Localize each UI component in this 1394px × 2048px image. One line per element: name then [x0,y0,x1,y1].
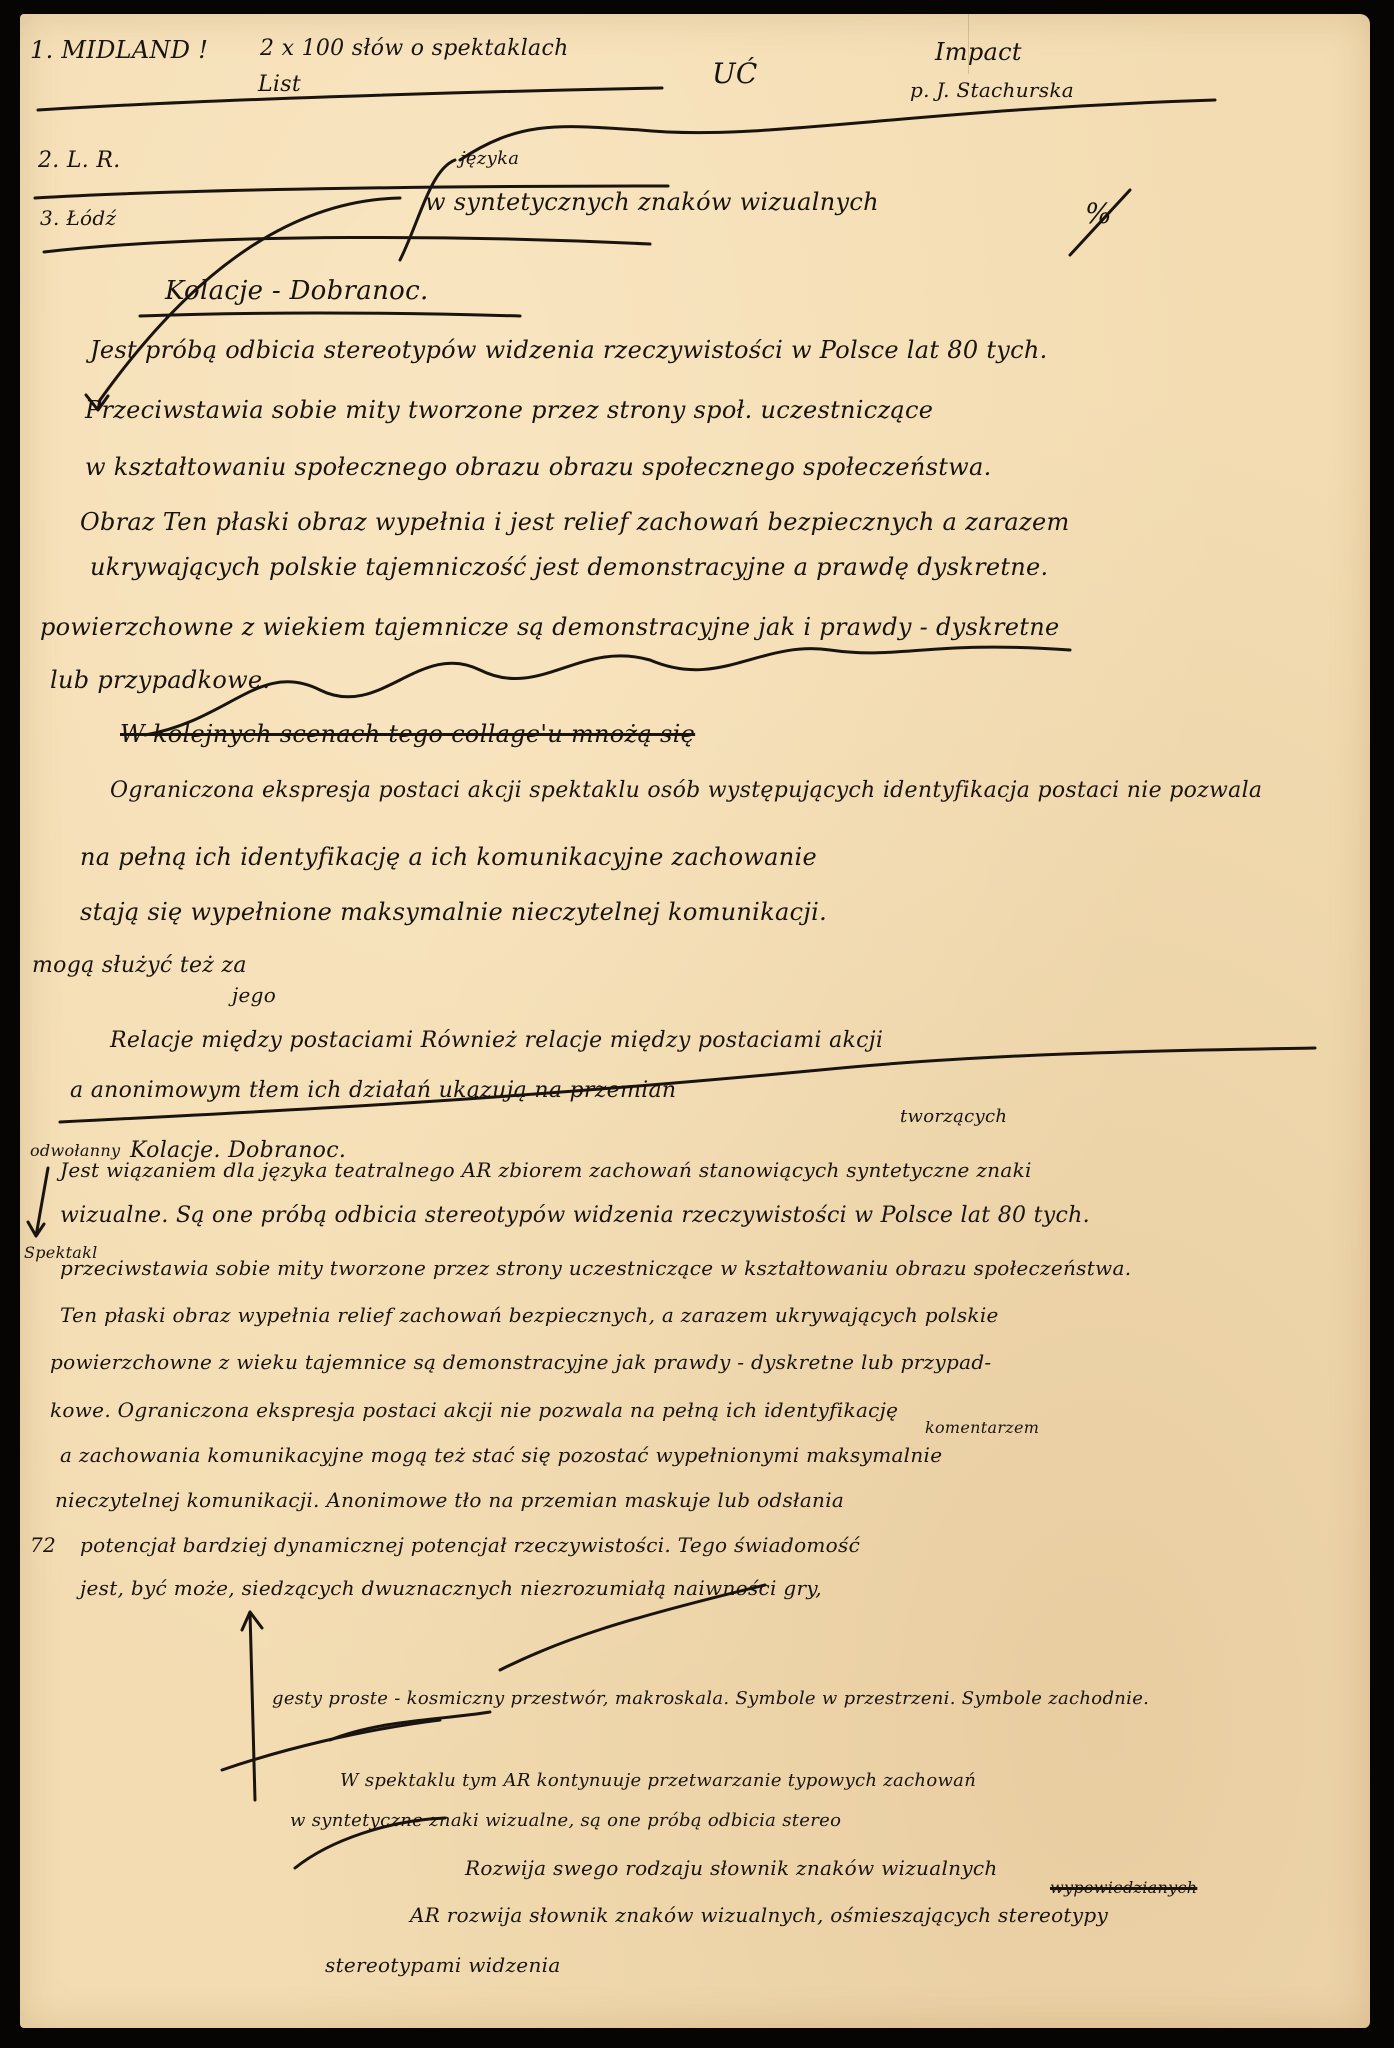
draft1-line: Ograniczona ekspresja postaci akcji spek… [110,780,1262,802]
draft2-line: potencjał bardziej dynamicznej potencjał… [80,1535,860,1555]
header-item-1-label: 1. MIDLAND ! [30,38,208,62]
draft2-line: Jest wiązaniem dla języka teatralnego AR… [60,1160,1032,1180]
header-insert-line: w syntetycznych znaków wizualnych [425,190,879,214]
header-center-mark: UĆ [712,60,758,88]
header-corner-mark: % [1085,200,1112,228]
draft1-line: Przeciwstawia sobie mity tworzone przez … [85,398,933,422]
draft2-insert-komentarzem: komentarzem [925,1420,1039,1436]
draft1-title: Kolacje - Dobranoc. [165,278,429,304]
draft2-insert-above: tworzących [900,1108,1007,1126]
draft2-line: nieczytelnej komunikacji. Anonimowe tło … [55,1490,844,1510]
notes-para3: AR rozwija słownik znaków wizualnych, oś… [410,1905,1108,1925]
draft1-line: w kształtowaniu społecznego obrazu obraz… [85,455,992,479]
draft2-margin-number: 72 [30,1535,56,1555]
draft1-line: na pełną ich identyfikację a ich komunik… [80,845,817,869]
draft1-line: stają się wypełnione maksymalnie nieczyt… [80,900,827,924]
draft1-line: jego [232,985,276,1005]
draft2-line: przeciwstawia sobie mity tworzone przez … [60,1258,1131,1278]
draft2-line: jest, być może, siedzących dwuznacznych … [80,1578,822,1598]
notes-para1-line2: w syntetyczne znaki wizualne, są one pró… [290,1812,841,1830]
draft1-line: Jest próbą odbicia stereotypów widzenia … [90,338,1048,362]
draft1-line: Obraz Ten płaski obraz wypełnia i jest r… [80,510,1070,534]
draft1-line: powierzchowne z wiekiem tajemnicze są de… [40,615,1059,639]
draft2-line: kowe. Ograniczona ekspresja postaci akcj… [50,1400,898,1420]
draft2-line: wizualne. Są one próbą odbicia stereotyp… [60,1205,1090,1227]
header-item-2-label: 2. L. R. [38,150,121,172]
header-insert-above: języka [460,150,519,168]
draft2-line: Ten płaski obraz wypełnia relief zachowa… [60,1305,999,1325]
manuscript-paper [20,14,1370,2028]
draft1-line-struck: W kolejnych scenach tego collage'u mnożą… [120,722,695,746]
header-item-3-label: 3. Łódź [40,208,116,228]
header-right-sub: p. J. Stachurska [910,80,1074,100]
draft2-line: a zachowania komunikacyjne mogą też stać… [60,1445,942,1465]
draft1-line: lub przypadkowe. [50,668,270,692]
notes-para4: stereotypami widzenia [325,1955,561,1975]
notes-para3-struck: wypowiedzianych [1050,1880,1197,1896]
notes-para1-line1: W spektaklu tym AR kontynuuje przetwarza… [340,1772,976,1790]
draft1-line: a anonimowym tłem ich działań ukazują na… [70,1080,676,1102]
draft1-line: Relacje między postaciami Również relacj… [110,1030,883,1052]
draft2-line: powierzchowne z wieku tajemnice są demon… [50,1352,991,1372]
header-item-1-note: 2 x 100 słów o spektaklach [260,38,569,60]
header-item-1-sub: List [258,74,301,96]
notes-arrow-line: gesty proste - kosmiczny przestwór, makr… [272,1690,1149,1708]
draft1-line: ukrywających polskie tajemniczość jest d… [90,555,1048,579]
notes-para2: Rozwija swego rodzaju słownik znaków wiz… [465,1858,998,1878]
draft1-line: mogą służyć też za [32,955,247,977]
draft2-margin-note-top: odwołanny [30,1143,120,1159]
header-right-top: Impact [935,40,1022,64]
